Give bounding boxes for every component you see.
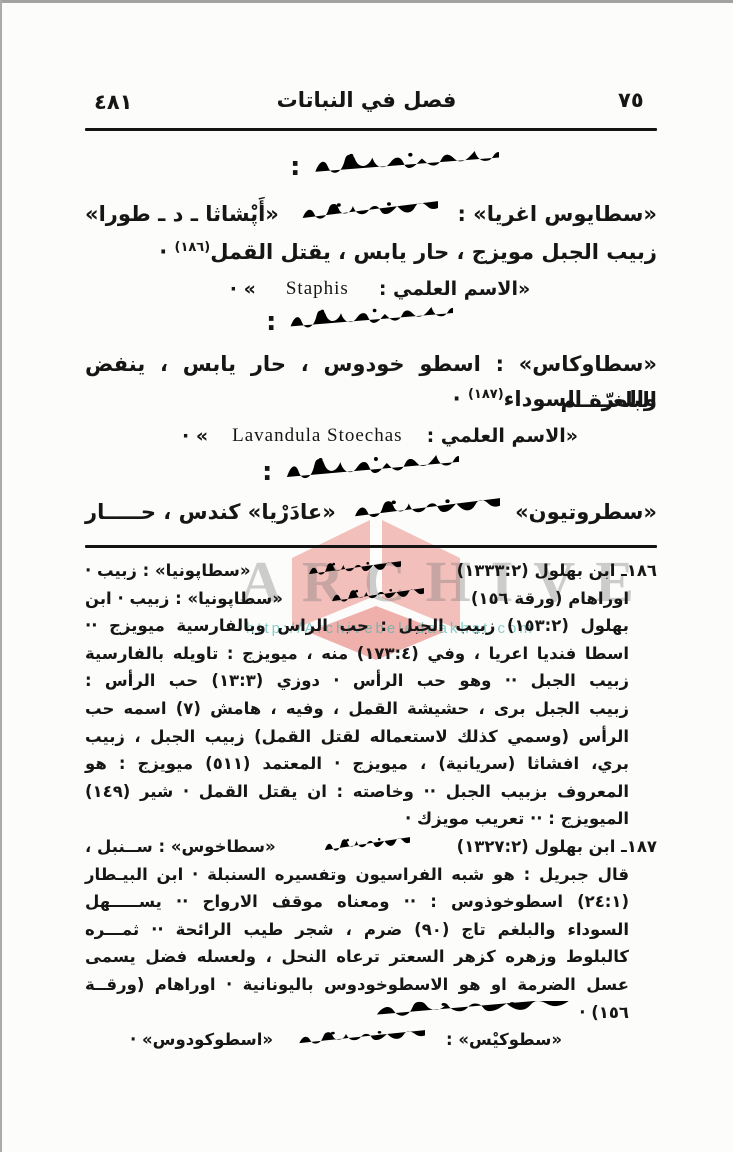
entry1-arabic-name: «سطايوس اغريا» : <box>457 202 657 226</box>
footnote-186-line-9: المعروف بزبيب الجبل ·· وخاصته : ان يقتل … <box>85 778 657 806</box>
footnote-187-line-1: ١٨٧ـ ابن بهلول (١٣٢٧:٢) «سطاخوس» : ســنب… <box>85 833 657 861</box>
footnote-text: «سطاخوس» : ســنبل ، <box>85 833 276 861</box>
footnote-186-line-6: زبيب الجبل برى ، حشيشة القمل ، وفيه ، ها… <box>85 695 657 723</box>
syriac-script-graphic <box>298 201 438 227</box>
sci-name-close: » · <box>182 425 208 447</box>
scanned-book-page: ARCHIVE http://Archivebeledaakhat.com ٤٨… <box>0 0 733 1152</box>
footnote-ref-186: (١٨٦) <box>174 240 210 255</box>
footnote-text: «سطاپونيا» : زبيب · <box>85 557 250 585</box>
sci-name-close: » · <box>230 278 256 300</box>
page-number-right: ٧٥ <box>618 88 644 112</box>
footnote-187-line-3: (٢٤:١) اسطوخوذوس : ·· ومعناه موقف الاروا… <box>85 888 657 916</box>
header-rule <box>85 128 657 131</box>
footnote-186-line-4: اسطا فنديا اعريا ، وفي (١٧٣:٤) منه ، ميو… <box>85 640 657 668</box>
footnote-186-line-5: زبيب الجبل ·· وهو حب الرأس · دوزي (١٣:٣)… <box>85 667 657 695</box>
syriac-script-graphic <box>281 455 459 489</box>
entry2-description-line2: والمرّة السوداء(١٨٧) · <box>85 381 657 417</box>
sci-name-label: «الاسم العلمي : <box>427 425 578 447</box>
footnote-text: «سطوكيْس» : <box>446 1026 562 1054</box>
end-dot: · <box>159 240 167 264</box>
entry3-arabic-name: «سطروتيون» <box>515 500 657 524</box>
footnote-text: اوراهام (ورقة ١٥٦) <box>471 585 629 613</box>
footnote-186-line-8: بري، افشاثا (سريانية) ، ميويزج · المعتمد… <box>85 750 657 778</box>
syriac-script-graphic-long-tail <box>85 1001 569 1023</box>
entry3-syriac-heading: : <box>262 452 459 492</box>
footnote-187-number: ١٨٧ـ ابن بهلول (١٣٢٧:٢) <box>457 833 657 861</box>
scan-left-edge-line <box>0 0 2 1152</box>
heading-colon: : <box>266 307 276 337</box>
entry3-definition-line: «سطروتيون» «عادَرْيا» كندس ، حـــــار <box>85 492 657 532</box>
sci-name-latin: Staphis <box>286 278 349 300</box>
heading-colon: : <box>262 457 272 487</box>
footnote-186-line-1: ١٨٦ـ ابن بهلول (١٣٣٣:٢) «سطاپونيا» : زبي… <box>85 557 657 585</box>
footnote-text: ١٥٦) · <box>579 999 629 1027</box>
scan-top-edge-bar <box>0 0 733 3</box>
footnote-187-line-8: «سطوكيْس» : «اسطوكودوس» · <box>85 1026 657 1054</box>
footnote-ref-187: (١٨٧) <box>468 387 504 402</box>
entry2-description: والمرّة السوداء <box>504 387 657 411</box>
footnote-186-line-3: بهلول (١٥٣:٢) زبيب الجبل : حب الراس وبال… <box>85 612 657 640</box>
footnote-text: «اسطوكودوس» · <box>130 1026 273 1054</box>
footnote-187-line-4: السوداء والبلغم تاج (٩٠) ضرم ، شجر طيب ا… <box>85 916 657 944</box>
entry1-description-line: زبيب الجبل مويزج ، حار يابس ، يقتل القمل… <box>85 234 657 270</box>
sci-name-label: «الاسم العلمي : <box>379 278 530 300</box>
entry1-definition-line: «سطايوس اغريا» : «أَپْشاثا ـ د ـ طورا» <box>85 194 657 234</box>
entry2-syriac-heading: : <box>266 304 453 340</box>
footnote-separator-rule <box>85 545 657 548</box>
footnote-186-number: ١٨٦ـ ابن بهلول (١٣٣٣:٢) <box>457 557 657 585</box>
entry1-gloss: «أَپْشاثا ـ د ـ طورا» <box>85 202 279 226</box>
footnote-186-line-10: الميويزج : ·· تعريب مويزك · <box>85 805 657 833</box>
footnote-text: «سطاپونيا» : زبيب · ابن <box>85 585 283 613</box>
syriac-script-graphic <box>295 1030 425 1050</box>
end-dot: · <box>453 387 461 411</box>
footnote-187-line-2: قال جبريل : هو شبه الفراسيون وتفسيره الس… <box>85 861 657 889</box>
entry2-scientific-name-line: «الاسم العلمي : Lavandula Stoechas » · <box>100 419 660 453</box>
entry1-description: زبيب الجبل مويزج ، حار يابس ، يقتل القمل <box>210 240 657 264</box>
footnote-187-line-5: كالبلوط وزهره كزهر السعتر ترعاه النحل ، … <box>85 943 657 971</box>
footnotes-block: ١٨٦ـ ابن بهلول (١٣٣٣:٢) «سطاپونيا» : زبي… <box>85 557 657 1054</box>
sci-name-latin: Lavandula Stoechas <box>232 425 402 447</box>
footnote-186-line-7: الرأس (وسمي كذلك لاستعماله لقتل القمل) ز… <box>85 723 657 751</box>
entry1-scientific-name-line: «الاسم العلمي : Staphis » · <box>100 272 660 306</box>
footnote-186-line-2: اوراهام (ورقة ١٥٦) «سطاپونيا» : زبيب · ا… <box>85 585 657 613</box>
footnote-187-line-7: ١٥٦) · <box>85 999 657 1027</box>
syriac-script-graphic <box>285 307 453 337</box>
entry1-syriac-heading: : <box>290 148 499 186</box>
heading-colon: : <box>290 152 300 182</box>
entry2-description-line1: «سطاوكاس» : اسطو خودوس ، حار يابس ، ينفض… <box>85 346 657 382</box>
footnote-187-line-6: عسل الضرمة او هو الاسطوخودوس باليونانية … <box>85 971 657 999</box>
syriac-script-graphic <box>350 498 500 526</box>
entry3-gloss: «عادَرْيا» كندس ، حـــــار <box>85 500 336 524</box>
syriac-script-graphic <box>322 837 410 857</box>
syriac-script-graphic <box>329 588 424 608</box>
syriac-script-graphic <box>309 151 499 183</box>
syriac-script-graphic <box>306 561 401 581</box>
